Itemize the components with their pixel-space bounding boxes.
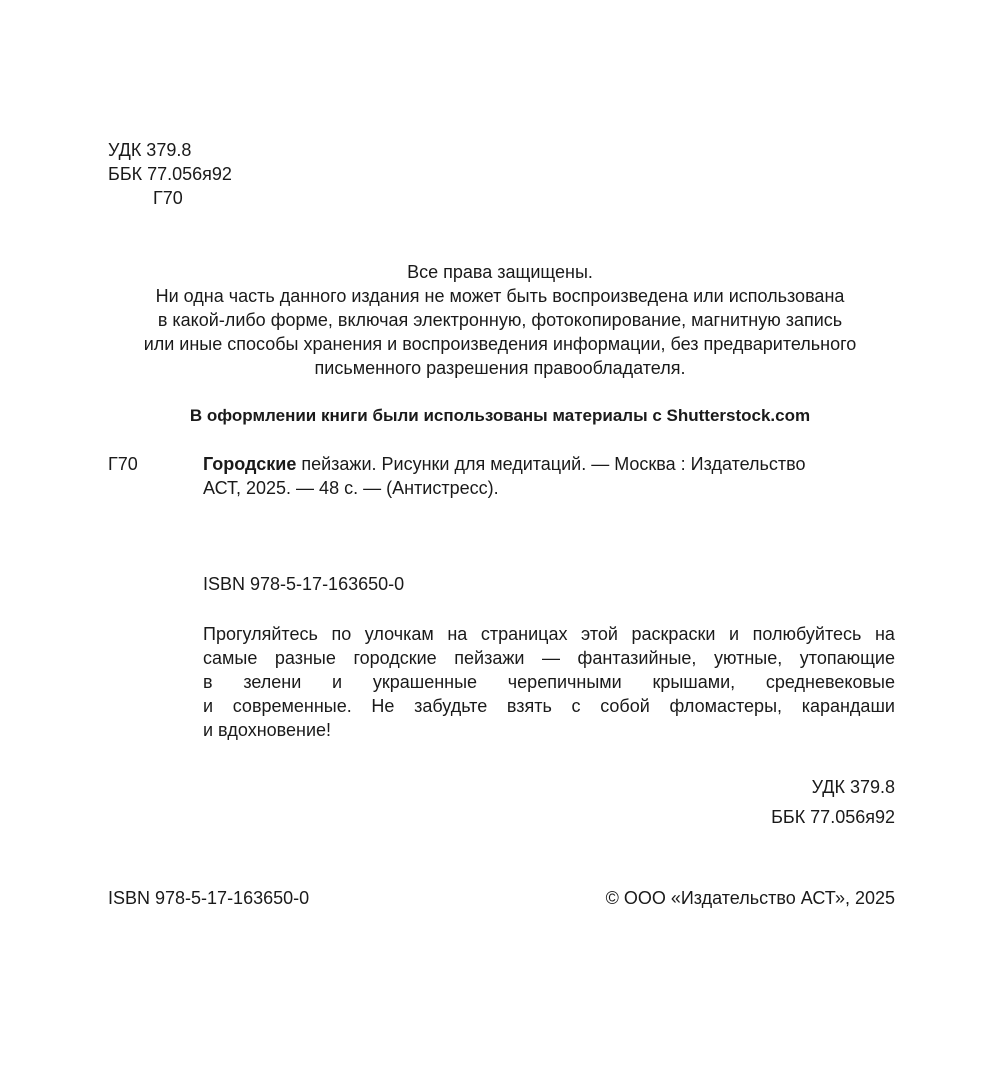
annotation-word: и bbox=[729, 622, 739, 646]
annotation-line: самыеразныегородскиепейзажи—фантазийные,… bbox=[203, 646, 895, 670]
annotation-word: средневековые bbox=[766, 670, 895, 694]
annotation-word: этой bbox=[581, 622, 618, 646]
annotation-line: исовременные.Незабудьтевзятьссобойфломас… bbox=[203, 694, 895, 718]
bbk-code: ББК 77.056я92 bbox=[108, 162, 232, 186]
annotation-word: черепичными bbox=[508, 670, 622, 694]
copyright: © ООО «Издательство АСТ», 2025 bbox=[606, 886, 895, 910]
annotation-word: современные. bbox=[233, 694, 352, 718]
annotation-word: по bbox=[331, 622, 351, 646]
annotation-word: карандаши bbox=[802, 694, 895, 718]
book-title-bold: Городские bbox=[203, 454, 296, 474]
isbn: ISBN 978-5-17-163650-0 bbox=[203, 572, 404, 596]
annotation-line: и вдохновение! bbox=[203, 718, 895, 742]
image-credits: В оформлении книги были использованы мат… bbox=[100, 404, 900, 428]
annotation-word: Не bbox=[371, 694, 394, 718]
annotation-word: собой bbox=[600, 694, 650, 718]
annotation-line: взеленииукрашенныечерепичнымикрышами,сре… bbox=[203, 670, 895, 694]
rights-line: Все права защищены. bbox=[100, 260, 900, 284]
annotation-word: утопающие bbox=[800, 646, 895, 670]
annotation-word: — bbox=[542, 646, 560, 670]
classification-block: УДК 379.8 ББК 77.056я92 Г70 bbox=[108, 138, 232, 210]
annotation-word: уютные, bbox=[714, 646, 782, 670]
annotation-word: самые bbox=[203, 646, 257, 670]
annotation-word: разные bbox=[275, 646, 336, 670]
annotation-word: страницах bbox=[481, 622, 568, 646]
annotation-word: крышами, bbox=[652, 670, 735, 694]
annotation-word: улочкам bbox=[365, 622, 434, 646]
annotation-word: и вдохновение! bbox=[203, 718, 331, 742]
annotation-word: и bbox=[203, 694, 213, 718]
annotation-word: полюбуйтесь bbox=[753, 622, 862, 646]
annotation-word: забудьте bbox=[414, 694, 487, 718]
annotation-word: на bbox=[875, 622, 895, 646]
udc-code: УДК 379.8 bbox=[108, 138, 232, 162]
bbk-code: ББК 77.056я92 bbox=[771, 802, 895, 832]
annotation-word: фантазийные, bbox=[578, 646, 697, 670]
rights-line: Ни одна часть данного издания не может б… bbox=[100, 284, 900, 308]
rights-line: или иные способы хранения и воспроизведе… bbox=[100, 332, 900, 356]
annotation-word: в bbox=[203, 670, 213, 694]
bibliographic-mark: Г70 bbox=[108, 452, 138, 476]
bibliographic-line-1: Городские пейзажи. Рисунки для медитаций… bbox=[203, 452, 895, 476]
bibliographic-line-1-rest: пейзажи. Рисунки для медитаций. — Москва… bbox=[296, 454, 805, 474]
annotation-word: с bbox=[572, 694, 581, 718]
author-mark: Г70 bbox=[108, 186, 232, 210]
footer-isbn: ISBN 978-5-17-163650-0 bbox=[108, 886, 309, 910]
rights-line: письменного разрешения правообладателя. bbox=[100, 356, 900, 380]
annotation-word: Прогуляйтесь bbox=[203, 622, 318, 646]
rights-notice: Все права защищены. Ни одна часть данног… bbox=[100, 260, 900, 380]
annotation-word: фломастеры, bbox=[669, 694, 782, 718]
annotation-line: Прогуляйтесьпоулочкамнастраницахэтойраск… bbox=[203, 622, 895, 646]
annotation-word: раскраски bbox=[632, 622, 716, 646]
annotation-word: пейзажи bbox=[454, 646, 524, 670]
annotation-word: зелени bbox=[243, 670, 301, 694]
annotation-word: и bbox=[332, 670, 342, 694]
annotation-word: городские bbox=[353, 646, 436, 670]
annotation: Прогуляйтесьпоулочкамнастраницахэтойраск… bbox=[203, 622, 895, 742]
annotation-word: на bbox=[447, 622, 467, 646]
udc-code: УДК 379.8 bbox=[771, 772, 895, 802]
annotation-word: украшенные bbox=[373, 670, 477, 694]
bibliographic-line-2: АСТ, 2025. — 48 с. — (Антистресс). bbox=[203, 476, 895, 500]
classification-block-right: УДК 379.8 ББК 77.056я92 bbox=[771, 772, 895, 832]
rights-line: в какой-либо форме, включая электронную,… bbox=[100, 308, 900, 332]
annotation-word: взять bbox=[507, 694, 552, 718]
bibliographic-entry: Городские пейзажи. Рисунки для медитаций… bbox=[203, 452, 895, 500]
